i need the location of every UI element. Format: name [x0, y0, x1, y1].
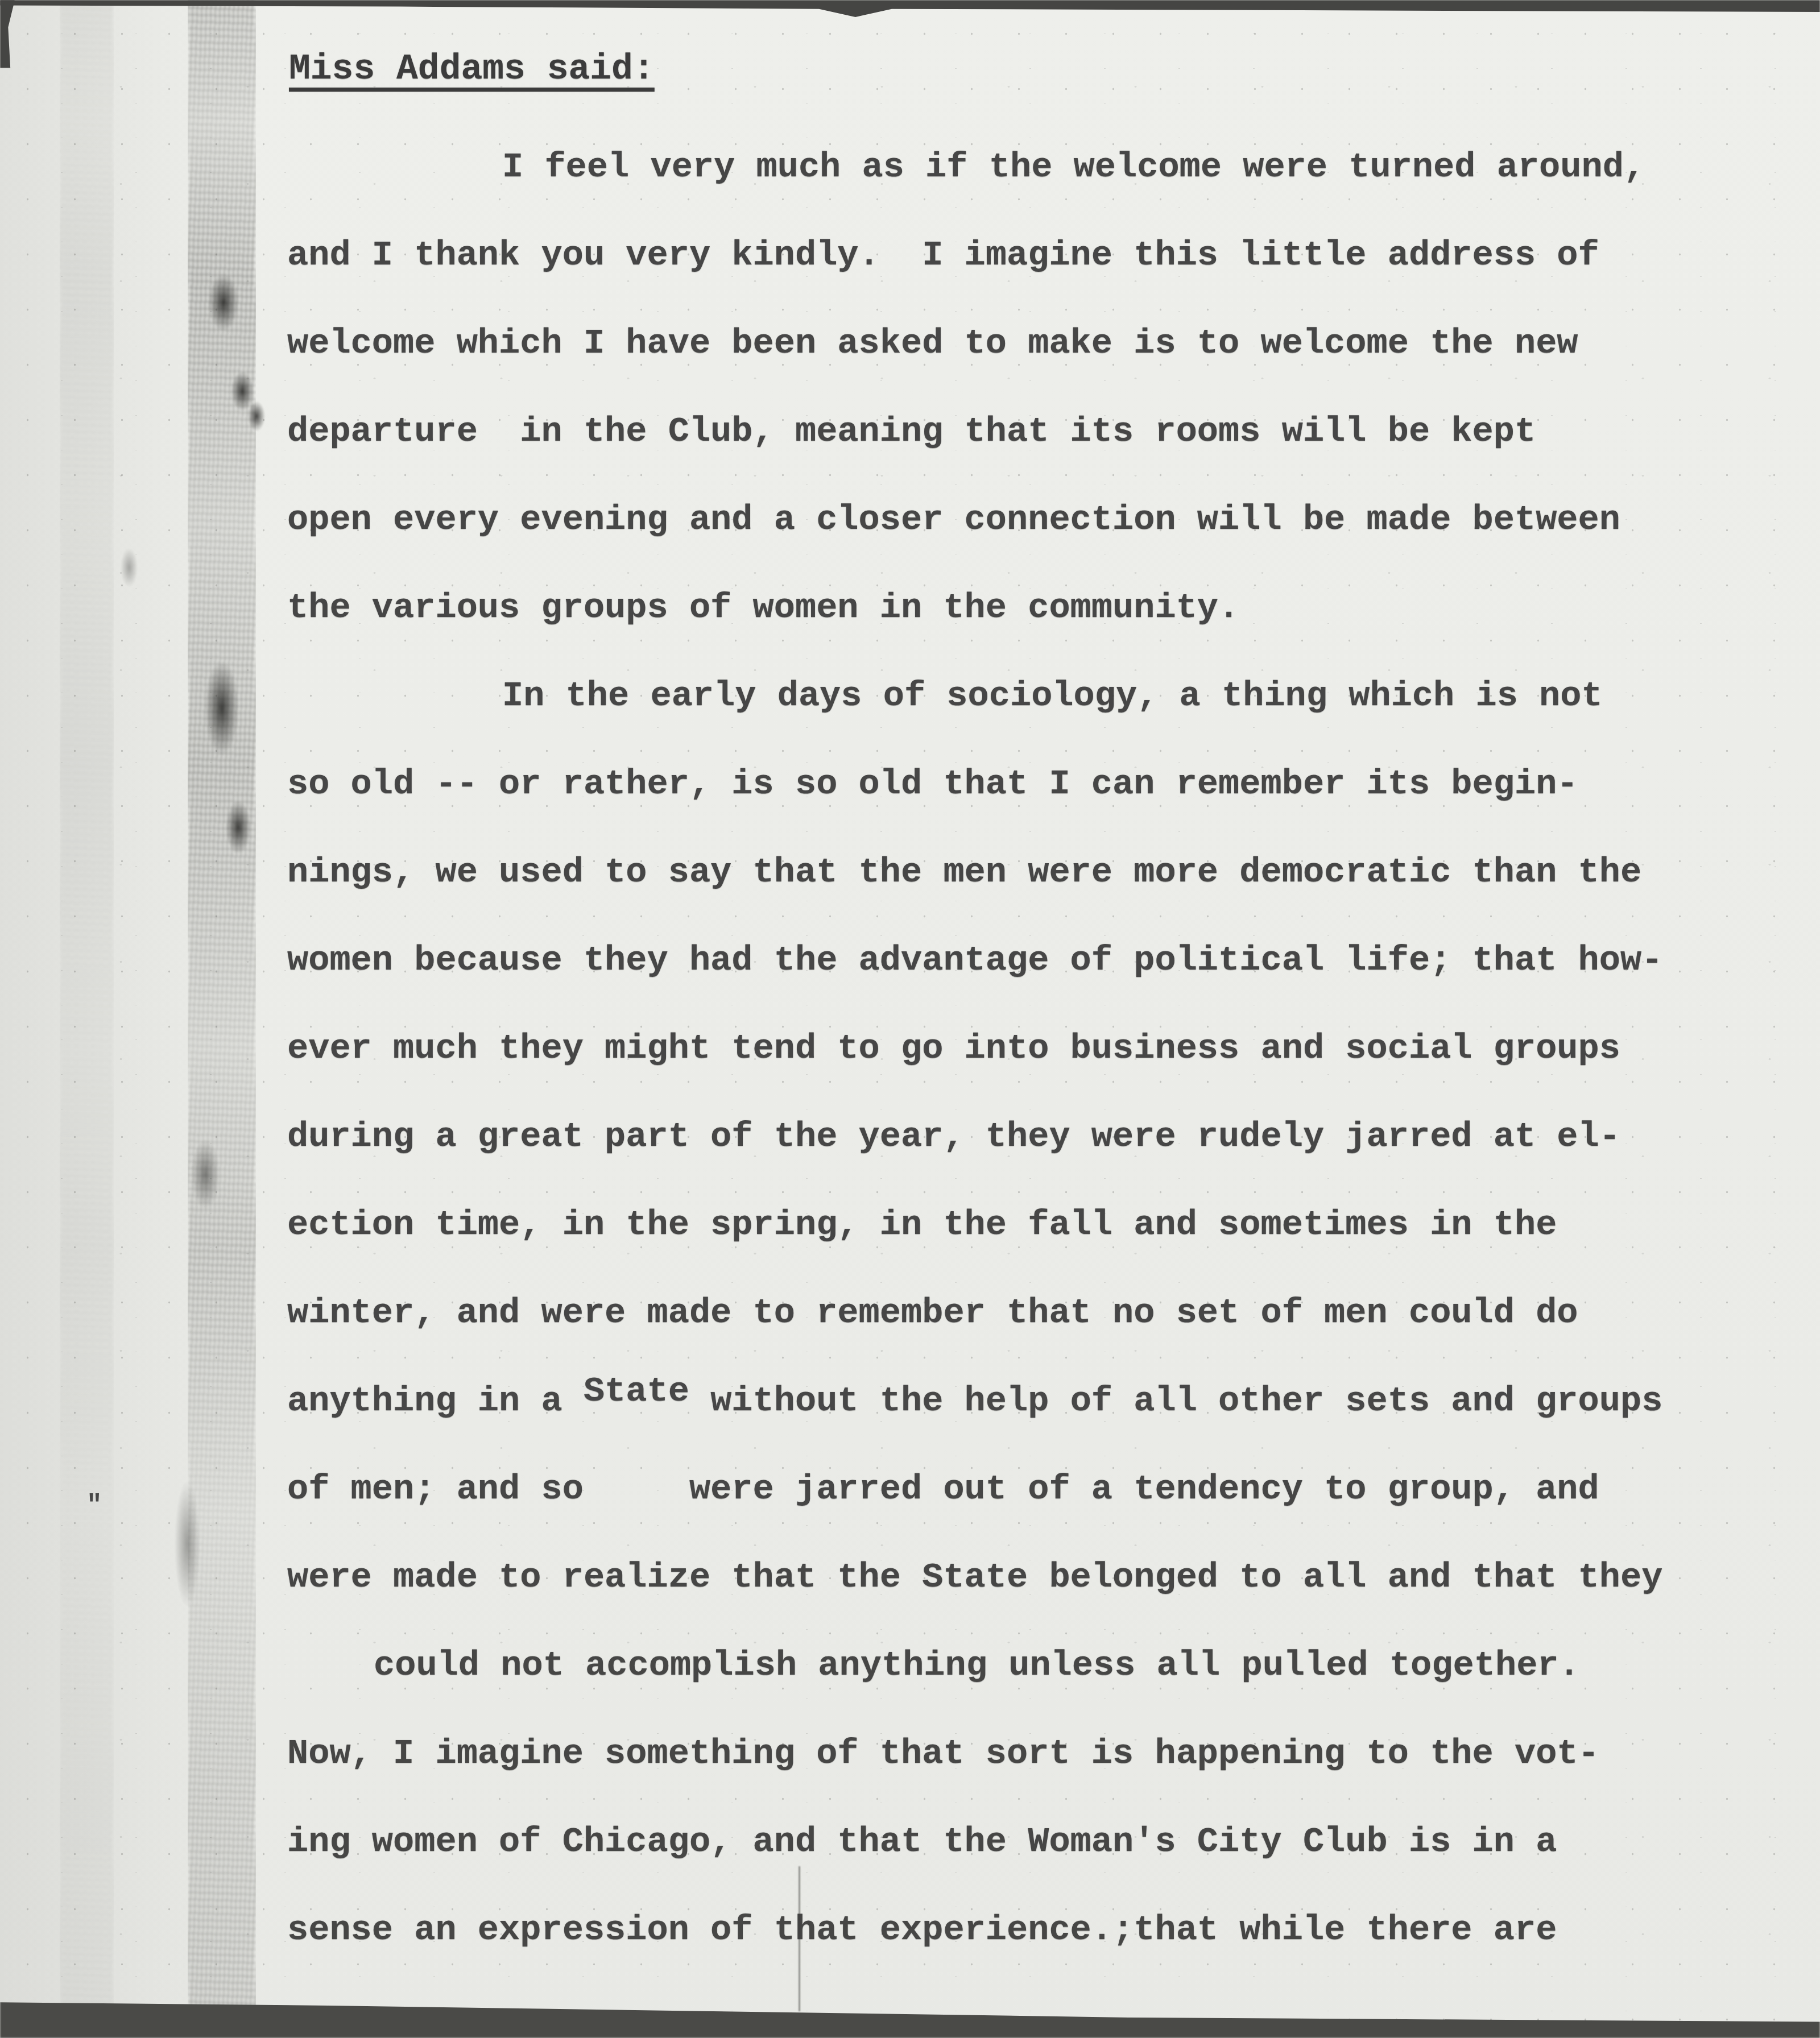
ink-smudge	[185, 1126, 225, 1223]
line-text: ing women of Chicago, and that the Woman…	[287, 1821, 1557, 1862]
ink-smudge	[169, 1456, 205, 1632]
typed-line: were made to realize that the State belo…	[287, 1557, 1743, 1645]
typed-line: ection time, in the spring, in the fall …	[287, 1204, 1743, 1293]
line-text: and I thank you very kindly. I imagine t…	[287, 235, 1599, 275]
document-heading: Miss Addams said:	[289, 49, 655, 89]
scanned-page: " Miss Addams said: I feel very much as …	[0, 0, 1820, 2038]
raised-correction-word: State	[584, 1371, 689, 1411]
line-text: ever much they might tend to go into bus…	[287, 1028, 1620, 1068]
line-text: In the early days of sociology, a thing …	[502, 676, 1603, 716]
typed-line: In the early days of sociology, a thing …	[287, 676, 1743, 764]
line-text: welcome which I have been asked to make …	[287, 323, 1578, 363]
ink-smudge	[202, 263, 245, 342]
line-text: so old -- or rather, is so old that I ca…	[287, 764, 1578, 804]
line-text: women because they had the advantage of …	[287, 940, 1662, 980]
line-text: winter, and were made to remember that n…	[287, 1293, 1578, 1333]
line-text: the various groups of women in the commu…	[287, 587, 1239, 628]
typed-line: of men; and so were jarred out of a tend…	[287, 1469, 1743, 1557]
typed-line: sense an expression of that experience.;…	[287, 1909, 1743, 1998]
typed-line: women because they had the advantage of …	[287, 940, 1743, 1028]
typed-line: anything in a State without the help of …	[287, 1381, 1743, 1469]
typed-line: winter, and were made to remember that n…	[287, 1293, 1743, 1381]
line-text: were made to realize that the State belo…	[287, 1557, 1662, 1597]
typed-line: Now, I imagine something of that sort is…	[287, 1733, 1743, 1821]
line-text: sense an expression of that experience.;…	[287, 1909, 1557, 1950]
line-text: anything in a	[287, 1381, 584, 1421]
line-text: of men; and so were jarred out of a tend…	[287, 1469, 1599, 1509]
typed-line: departure in the Club, meaning that its …	[287, 411, 1743, 499]
ink-smudge	[117, 540, 141, 595]
typed-line: so old -- or rather, is so old that I ca…	[287, 764, 1743, 852]
typed-line: during a great part of the year, they we…	[287, 1116, 1743, 1204]
typed-line: and I thank you very kindly. I imagine t…	[287, 235, 1743, 323]
typed-text-block: I feel very much as if the welcome were …	[287, 147, 1743, 1998]
line-text: I feel very much as if the welcome were …	[502, 147, 1645, 187]
line-text: departure in the Club, meaning that its …	[287, 411, 1536, 451]
photocopy-streak-faint	[60, 0, 114, 2016]
line-text: nings, we used to say that the men were …	[287, 852, 1641, 892]
typed-line: welcome which I have been asked to make …	[287, 323, 1743, 411]
typed-line: ever much they might tend to go into bus…	[287, 1028, 1743, 1116]
margin-ditto-mark: "	[86, 1491, 102, 1521]
line-text: during a great part of the year, they we…	[287, 1116, 1620, 1157]
line-text: open every evening and a closer connecti…	[287, 499, 1620, 540]
typed-line: the various groups of women in the commu…	[287, 587, 1743, 676]
line-text: Now, I imagine something of that sort is…	[287, 1733, 1599, 1774]
ink-smudge	[245, 395, 268, 437]
line-text: without the help of all other sets and g…	[689, 1381, 1662, 1421]
typed-line: ing women of Chicago, and that the Woman…	[287, 1821, 1743, 1909]
line-text: could not accomplish anything unless all…	[374, 1645, 1580, 1685]
typed-line: could not accomplish anything unless all…	[287, 1645, 1743, 1733]
typed-line: I feel very much as if the welcome were …	[287, 147, 1743, 235]
ink-smudge	[221, 790, 256, 864]
line-text: ection time, in the spring, in the fall …	[287, 1204, 1557, 1245]
typed-line: nings, we used to say that the men were …	[287, 852, 1743, 940]
ink-smudge	[198, 643, 246, 773]
typed-line: open every evening and a closer connecti…	[287, 499, 1743, 587]
